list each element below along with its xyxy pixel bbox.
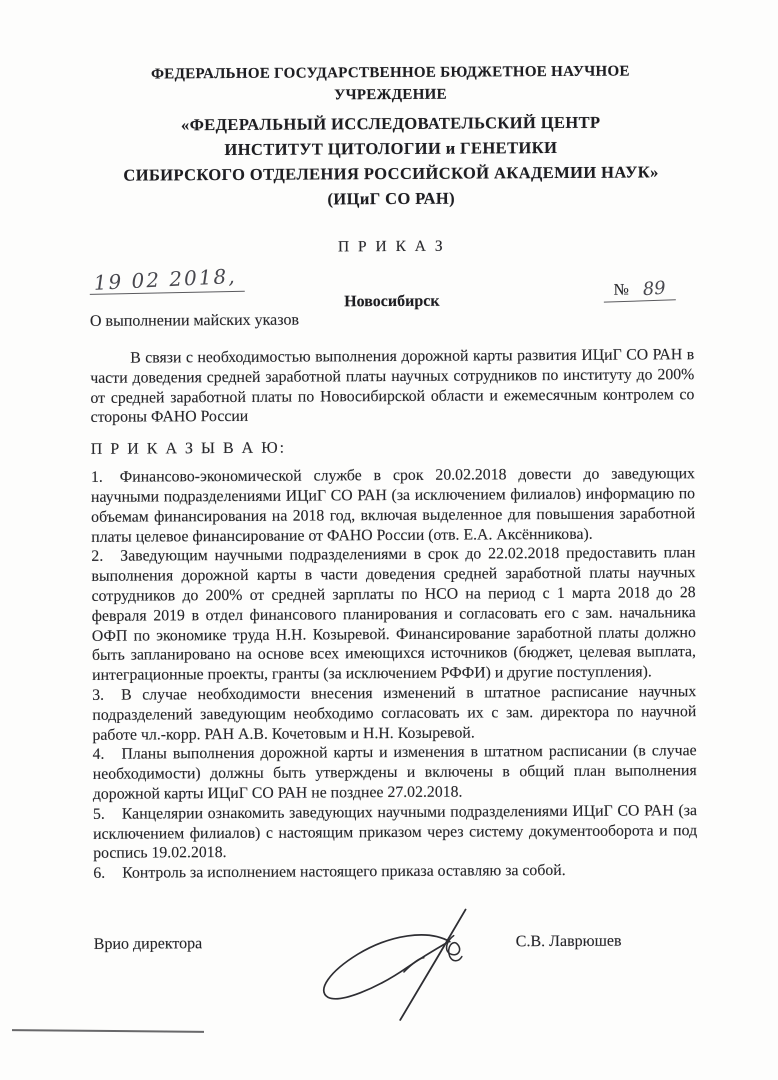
item-number: 1.	[91, 469, 103, 486]
number-sign-label: №	[614, 282, 629, 300]
item-text: Финансово-экономической службе в срок 20…	[91, 465, 695, 545]
order-item-5: 5.Канцелярии ознакомить заведующих научн…	[93, 801, 697, 864]
order-item-4: 4.Планы выполнения дорожной карты и изме…	[93, 741, 697, 804]
order-item-1: 1.Финансово-экономической службе в срок …	[91, 464, 695, 547]
order-title: П Р И К А З	[89, 236, 693, 258]
signature-icon	[300, 901, 479, 1022]
org-name-line-4: ИНСТИТУТ ЦИТОЛОГИИ и ГЕНЕТИКИ	[89, 134, 693, 163]
order-item-3: 3.В случае необходимости внесения измене…	[92, 682, 696, 745]
item-text: Канцелярии ознакомить заведующих научным…	[93, 802, 697, 862]
item-text: Контроль за исполнением настоящего прика…	[122, 862, 566, 882]
handwritten-order-number: 89	[642, 278, 666, 301]
organization-header: ФЕДЕРАЛЬНОЕ ГОСУДАРСТВЕННОЕ БЮДЖЕТНОЕ НА…	[88, 60, 693, 213]
org-abbreviation: (ИЦиГ СО РАН)	[89, 184, 693, 213]
scanned-order-document: ФЕДЕРАЛЬНОЕ ГОСУДАРСТВЕННОЕ БЮДЖЕТНОЕ НА…	[0, 0, 778, 1080]
item-text: В случае необходимости внесения изменени…	[92, 683, 696, 743]
item-number: 3.	[92, 687, 104, 704]
order-meta-row: 19 02 2018, Новосибирск №89	[90, 258, 694, 308]
signer-name: С.В. Лаврюшев	[516, 933, 622, 952]
org-name-line-3: «ФЕДЕРАЛЬНЫЙ ИССЛЕДОВАТЕЛЬСКИЙ ЦЕНТР	[89, 109, 693, 138]
org-name-line-2: УЧРЕЖДЕНИЕ	[89, 82, 693, 108]
order-item-6: 6.Контроль за исполнением настоящего при…	[93, 860, 697, 883]
item-number: 4.	[93, 746, 105, 763]
org-name-line-1: ФЕДЕРАЛЬНОЕ ГОСУДАРСТВЕННОЕ БЮДЖЕТНОЕ НА…	[88, 60, 692, 86]
order-preamble: В связи с необходимостью выполнения доро…	[90, 345, 694, 428]
order-items-list: 1.Финансово-экономической службе в срок …	[91, 464, 698, 883]
document-content: ФЕДЕРАЛЬНОЕ ГОСУДАРСТВЕННОЕ БЮДЖЕТНОЕ НА…	[0, 0, 778, 1038]
handwritten-date: 19 02 2018,	[93, 264, 237, 295]
order-item-2: 2.Заведующим научными подразделениями в …	[91, 544, 696, 686]
org-name-line-5: СИБИРСКОГО ОТДЕЛЕНИЯ РОССИЙСКОЙ АКАДЕМИИ…	[89, 159, 693, 188]
item-number: 2.	[91, 548, 103, 565]
item-text: Заведующим научными подразделениями в ср…	[91, 545, 696, 684]
item-number: 5.	[93, 805, 105, 822]
item-text: Планы выполнения дорожной карты и измене…	[93, 742, 697, 802]
signer-position-title: Врио директора	[94, 935, 203, 954]
order-number-block: №89	[614, 278, 666, 299]
signature-block: Врио директора С.В. Лаврюшев	[94, 924, 699, 1038]
order-command-word: П Р И К А З Ы В А Ю:	[91, 437, 695, 459]
item-number: 6.	[93, 865, 105, 882]
